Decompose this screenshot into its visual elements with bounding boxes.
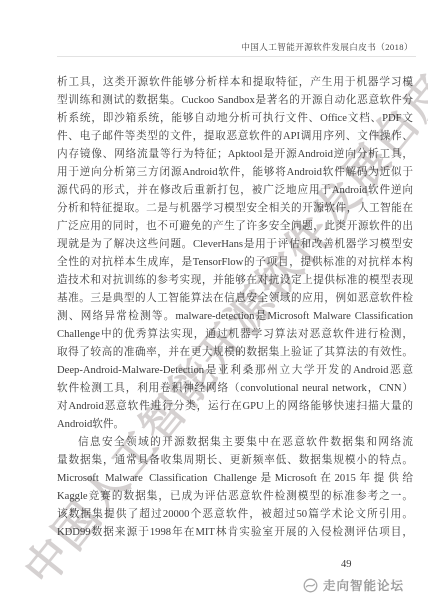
text-line: 对Android恶意软件进行分类，运行在GPU上的网络能够快速扫描大量的 bbox=[57, 398, 413, 416]
text-line: 析系统，即沙箱系统，能够自动地分析可执行文件、Office文档、PDF文 bbox=[57, 110, 413, 128]
text-line: 型训练和测试的数据集。Cuckoo Sandbox是著名的开源自动化恶意软件分 bbox=[57, 92, 413, 110]
text-line: Deep-Android-Malware-Detection是亚利桑那州立大学开… bbox=[57, 362, 413, 380]
text-line: 用于逆向分析第三方闭源Android软件，能够将Android软件解码为近似于 bbox=[57, 164, 413, 182]
text-line: Microsoft Malware Classification Challen… bbox=[57, 470, 413, 488]
text-line: 测、网络异常检测等。malware-detection是Microsoft Ma… bbox=[57, 308, 413, 326]
header-title: 中国人工智能开源软件发展白皮书（2018） bbox=[241, 41, 413, 53]
footer-brand-text: 走向智能论坛 bbox=[323, 576, 404, 594]
header-rule bbox=[57, 56, 416, 57]
text-line: 基准。三是典型的人工智能算法在信息安全领域的应用，例如恶意软件检 bbox=[57, 290, 413, 308]
text-line: 量数据集，通常具备收集周期长、更新频率低、数据集规模小的特点。 bbox=[57, 452, 413, 470]
text-line: Challenge中的优秀算法实现，通过机器学习算法对恶意软件进行检测， bbox=[57, 326, 413, 344]
text-line: Android软件。 bbox=[57, 416, 413, 434]
text-line: 内存镜像、网络流量等行为特征；Apktool是开源Android逆向分析工具， bbox=[57, 146, 413, 164]
text-line: 源代码的形式，并在修改后重新打包，被广泛地应用于Android软件逆向 bbox=[57, 182, 413, 200]
footer-brand: 走向智能论坛 bbox=[303, 576, 404, 594]
text-line: 信息安全领域的开源数据集主要集中在恶意软件数据集和网络流 bbox=[57, 434, 413, 452]
text-line: 分析和特征提取。二是与机器学习模型安全相关的开源软件，人工智能在 bbox=[57, 200, 413, 218]
text-line: 造技术和对抗训练的参考实现，并能够在对抗设定上提供标准的模型表现 bbox=[57, 272, 413, 290]
body-text: 析工具，这类开源软件能够分析样本和提取特征，产生用于机器学习模型训练和测试的数据… bbox=[57, 74, 413, 542]
forum-logo-icon bbox=[303, 578, 318, 593]
text-line: Kaggle竞赛的数据集，已成为评估恶意软件检测模型的标准参考之一。 bbox=[57, 488, 413, 506]
text-line: 软件检测工具，利用卷积神经网络（convolutional neural net… bbox=[57, 380, 413, 398]
text-line: 广泛应用的同时，也不可避免的产生了许多安全问题，此类开源软件的出 bbox=[57, 218, 413, 236]
text-line: 件、电子邮件等类型的文件，提取恶意软件的API调用序列、文件操作、 bbox=[57, 128, 413, 146]
text-line: 全性的对抗样本生成库，是TensorFlow的子项目，提供标准的对抗样本构 bbox=[57, 254, 413, 272]
document-page: 中国人工智能开源软件发展白皮书 中国人工智能开源软件发展白皮书（2018） 析工… bbox=[0, 0, 428, 605]
text-line: 现就是为了解决这些问题。CleverHans是用于评估和改善机器学习模型安 bbox=[57, 236, 413, 254]
text-line: 该数据集提供了超过20000个恶意软件，被超过50篇学术论文所引用。 bbox=[57, 506, 413, 524]
text-line: 取得了较高的准确率，并在更大规模的数据集上验证了其算法的有效性。 bbox=[57, 344, 413, 362]
text-line: 析工具，这类开源软件能够分析样本和提取特征，产生用于机器学习模 bbox=[57, 74, 413, 92]
page-number: 49 bbox=[341, 559, 352, 570]
text-line: KDD99数据来源于1998年在MIT林肯实验室开展的入侵检测评估项目， bbox=[57, 524, 413, 542]
